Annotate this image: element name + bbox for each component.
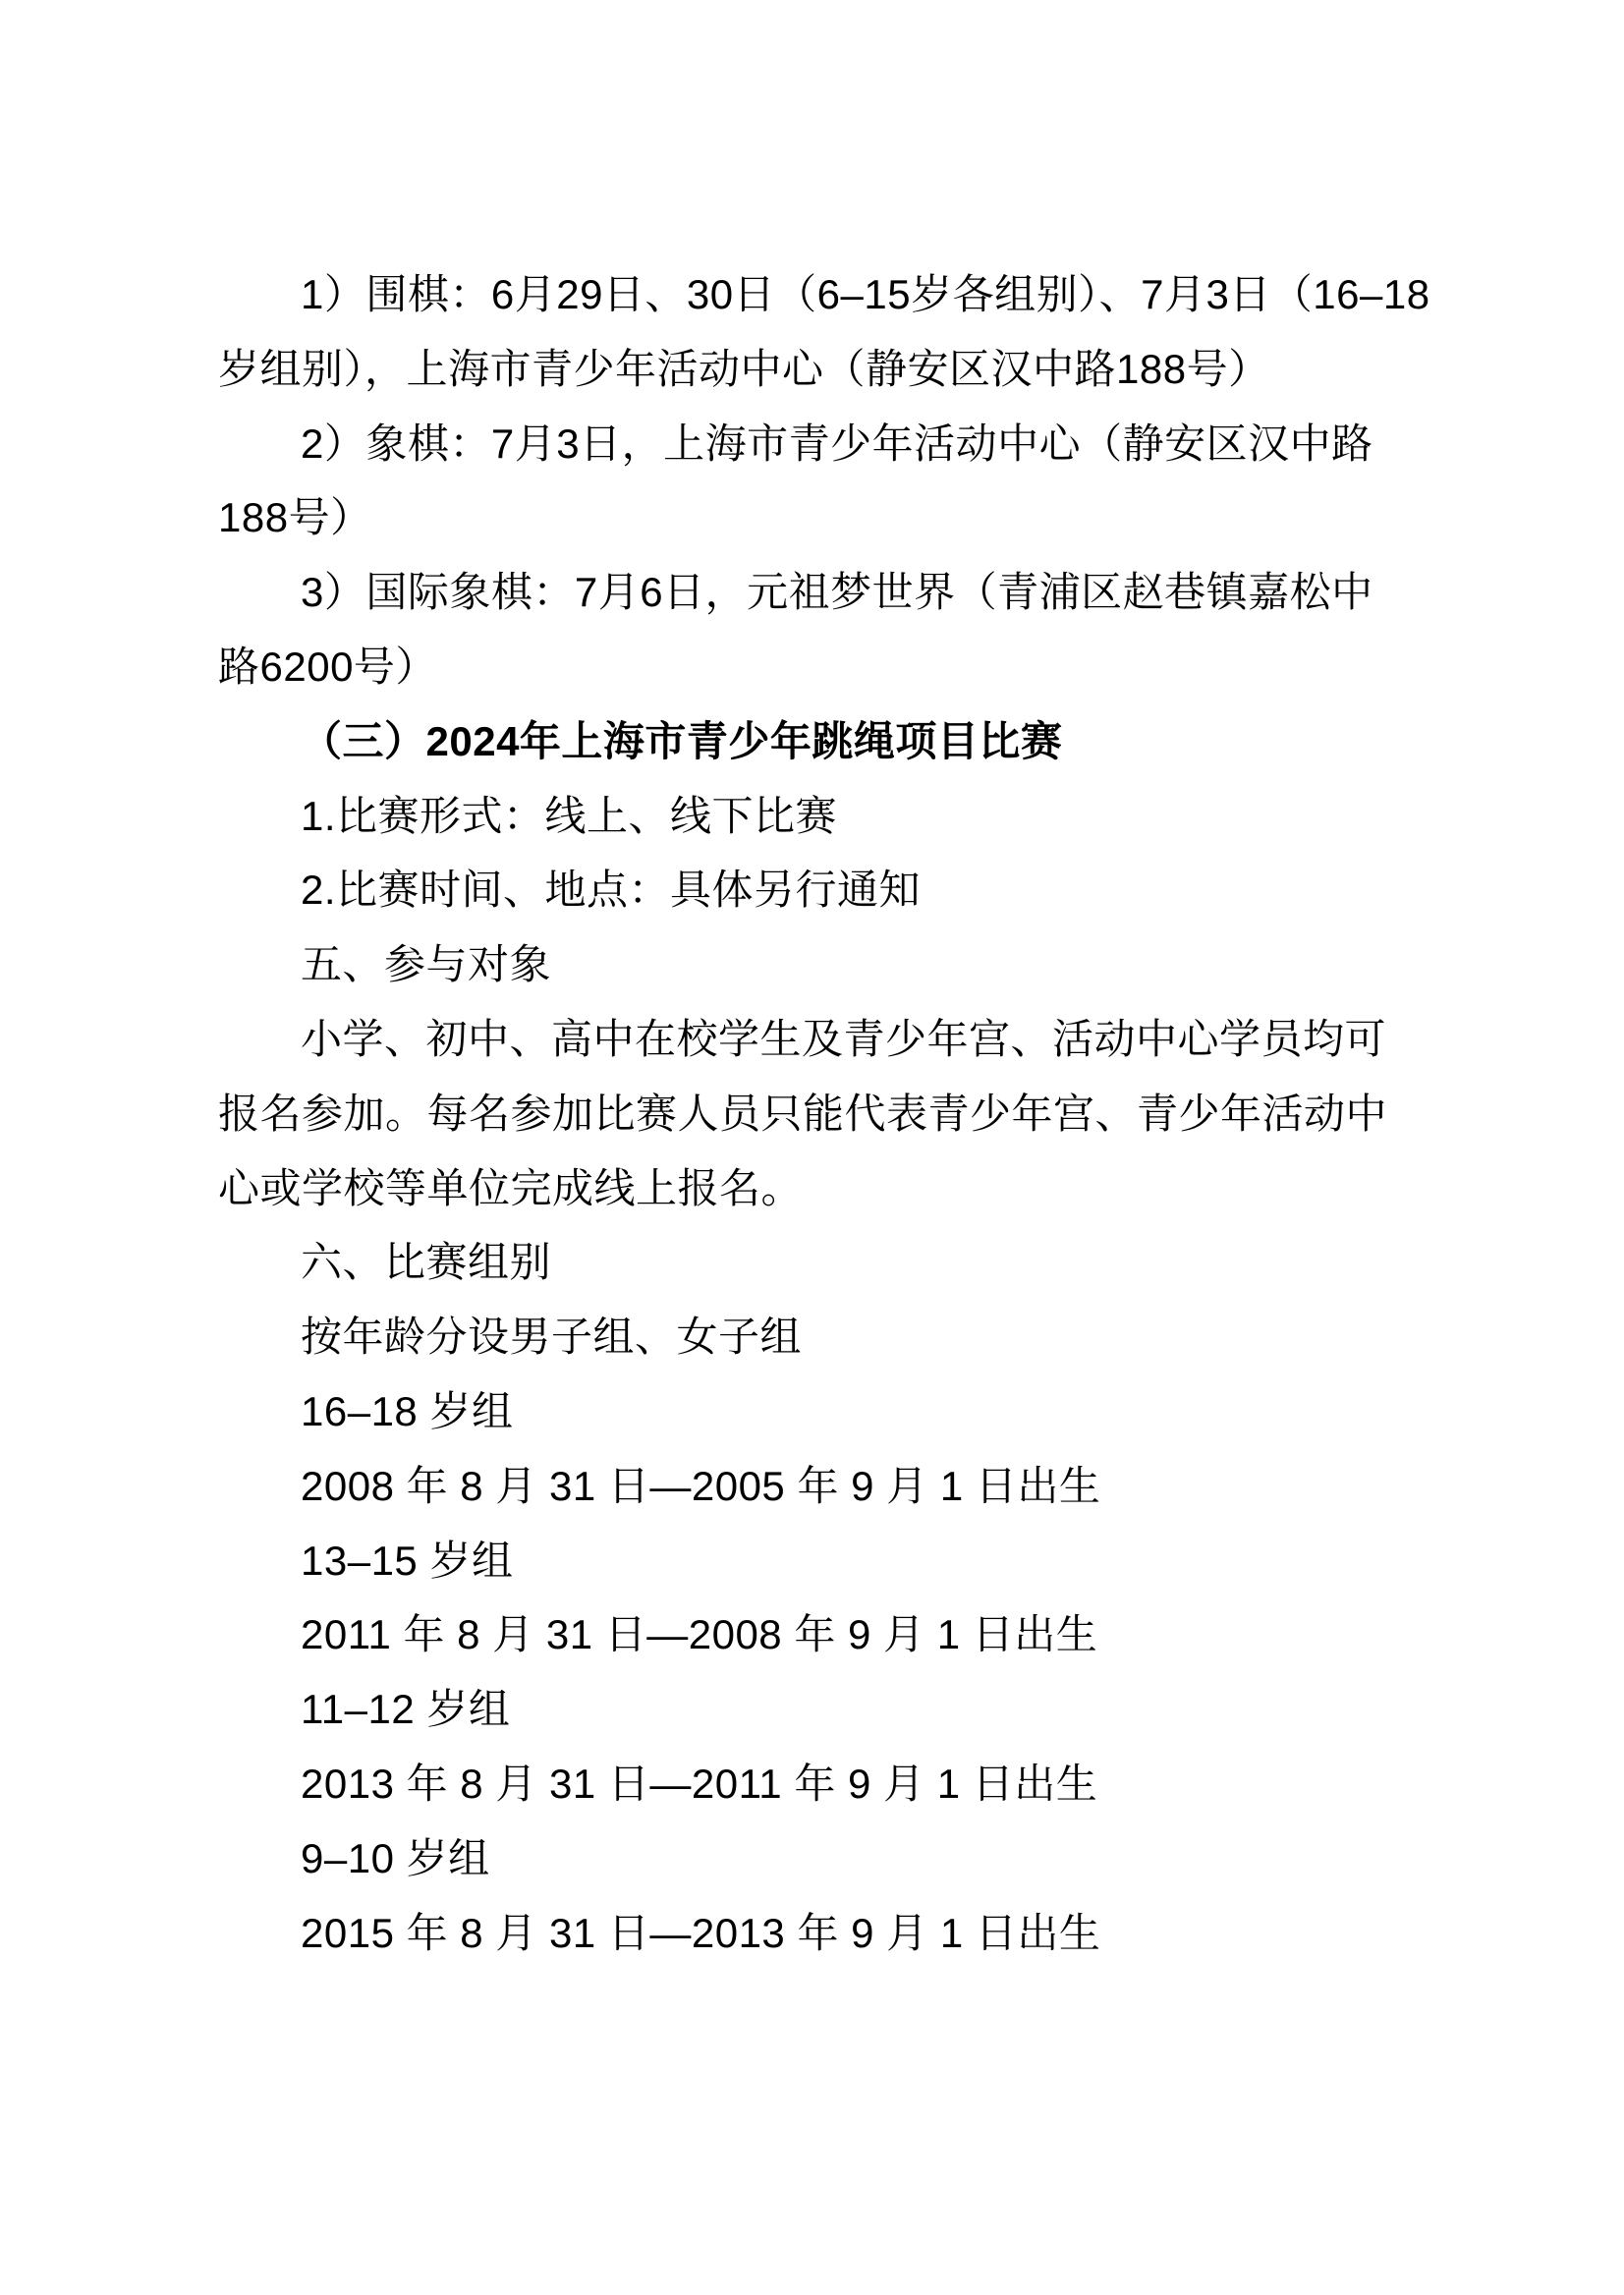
text-line: 小学、初中、高中在校学生及青少年宫、活动中心学员均可	[218, 1002, 1423, 1077]
text-line: 2008 年 8 月 31 日—2005 年 9 月 1 日出生	[218, 1449, 1423, 1524]
text-line: 2013 年 8 月 31 日—2011 年 9 月 1 日出生	[218, 1747, 1423, 1821]
text-line: 16–18 岁组	[218, 1374, 1423, 1449]
text-line: 按年龄分设男子组、女子组	[218, 1300, 1423, 1374]
text-line: 11–12 岁组	[218, 1672, 1423, 1747]
text-line: 188号）	[218, 480, 1423, 555]
text-line: 2.比赛时间、地点：具体另行通知	[218, 853, 1423, 927]
text-line: 9–10 岁组	[218, 1821, 1423, 1896]
text-line: 2015 年 8 月 31 日—2013 年 9 月 1 日出生	[218, 1896, 1423, 1971]
text-line: 1.比赛形式：线上、线下比赛	[218, 779, 1423, 854]
text-line: 六、比赛组别	[218, 1225, 1423, 1300]
text-line: 13–15 岁组	[218, 1524, 1423, 1598]
text-line: 3）国际象棋：7月6日，元祖梦世界（青浦区赵巷镇嘉松中	[218, 555, 1423, 630]
text-line: 心或学校等单位完成线上报名。	[218, 1151, 1423, 1226]
section-heading: （三）2024年上海市青少年跳绳项目比赛	[218, 704, 1423, 779]
text-line: 五、参与对象	[218, 927, 1423, 1002]
text-line: 报名参加。每名参加比赛人员只能代表青少年宫、青少年活动中	[218, 1077, 1423, 1151]
text-line: 路6200号）	[218, 630, 1423, 704]
document-page: 1）围棋：6月29日、30日（6–15岁各组别）、7月3日（16–18岁组别），…	[0, 0, 1624, 2295]
text-line: 2）象棋：7月3日，上海市青少年活动中心（静安区汉中路	[218, 407, 1423, 481]
text-line: 岁组别），上海市青少年活动中心（静安区汉中路188号）	[218, 332, 1423, 407]
text-lines: 1）围棋：6月29日、30日（6–15岁各组别）、7月3日（16–18岁组别），…	[218, 257, 1423, 1970]
text-line: 2011 年 8 月 31 日—2008 年 9 月 1 日出生	[218, 1597, 1423, 1672]
text-line: 1）围棋：6月29日、30日（6–15岁各组别）、7月3日（16–18	[218, 257, 1423, 332]
